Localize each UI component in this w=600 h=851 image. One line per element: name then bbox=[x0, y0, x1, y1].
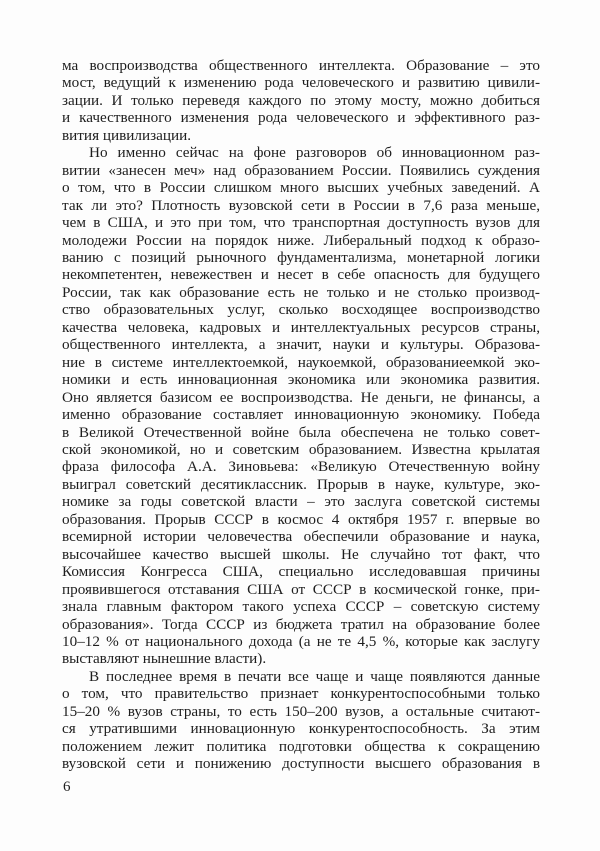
paragraph: ма воспроизводства общественного интелле… bbox=[62, 57, 540, 144]
text-line: образования. Прорыв СССР в космос 4 октя… bbox=[62, 511, 540, 528]
text-line: фраза философа А.А. Зиновьева: «Великую … bbox=[62, 458, 540, 475]
text-line: молодежи России на порядок ниже. Либерал… bbox=[62, 232, 540, 249]
paragraph: В последнее время в печати все чаще и ча… bbox=[62, 668, 540, 773]
paragraph: Но именно сейчас на фоне разговоров об и… bbox=[62, 144, 540, 668]
text-line: ство образовательных услуг, сколько восх… bbox=[62, 301, 540, 318]
text-line: чем в США, и это при том, что транспортн… bbox=[62, 214, 540, 231]
text-line: номике за годы советской власти – это за… bbox=[62, 493, 540, 510]
text-line: всемирной истории человечества обеспечил… bbox=[62, 528, 540, 545]
text-line: выставляют нынешние власти). bbox=[62, 650, 540, 667]
text-line: некомпетентен, невежествен и несет в себ… bbox=[62, 266, 540, 283]
text-line: ванию с позиций рыночного фундаментализм… bbox=[62, 249, 540, 266]
text-line: в Великой Отечественной войне была обесп… bbox=[62, 424, 540, 441]
text-line: именно образование составляет инновацион… bbox=[62, 406, 540, 423]
text-line: ской экономикой, но и советским образова… bbox=[62, 441, 540, 458]
text-line: знала главным фактором такого успеха ССС… bbox=[62, 598, 540, 615]
text-line: мост, ведущий к изменению рода человечес… bbox=[62, 74, 540, 91]
text-line: образования». Тогда СССР из бюджета трат… bbox=[62, 616, 540, 633]
text-line: В последнее время в печати все чаще и ча… bbox=[62, 668, 540, 685]
text-line: зации. И только переведя каждого по этом… bbox=[62, 92, 540, 109]
text-line: о том, что правительство признает конкур… bbox=[62, 685, 540, 702]
text-line: витии «занесен меч» над образованием Рос… bbox=[62, 162, 540, 179]
text-line: и качественного изменения рода человечес… bbox=[62, 109, 540, 126]
text-line: Комиссия Конгресса США, специально иссле… bbox=[62, 563, 540, 580]
text-line: о том, что в России слишком много высших… bbox=[62, 179, 540, 196]
text-line: Оно является базисом ее воспроизводства.… bbox=[62, 389, 540, 406]
text-line: России, так как образование есть не толь… bbox=[62, 284, 540, 301]
text-line: вузовской сети и понижению доступности в… bbox=[62, 755, 540, 772]
text-line: так ли это? Плотность вузовской сети в Р… bbox=[62, 197, 540, 214]
text-line: высочайшее качество высшей школы. Не слу… bbox=[62, 546, 540, 563]
text-line: ма воспроизводства общественного интелле… bbox=[62, 57, 540, 74]
text-line: ся утратившими инновационную конкурентос… bbox=[62, 720, 540, 737]
text-line: Но именно сейчас на фоне разговоров об и… bbox=[62, 144, 540, 161]
text-line: общественного интеллекта, а значит, наук… bbox=[62, 336, 540, 353]
text-line: ние в системе интеллектоемкой, наукоемко… bbox=[62, 354, 540, 371]
text-line: 10–12 % от национального дохода (а не те… bbox=[62, 633, 540, 650]
text-line: выиграл советский десятиклассник. Прорыв… bbox=[62, 476, 540, 493]
text-line: качества человека, кадровых и интеллекту… bbox=[62, 319, 540, 336]
text-line: положением лежит политика подготовки общ… bbox=[62, 738, 540, 755]
book-page: ма воспроизводства общественного интелле… bbox=[0, 0, 600, 851]
text-block: ма воспроизводства общественного интелле… bbox=[62, 57, 540, 773]
text-line: 15–20 % вузов страны, то есть 150–200 ву… bbox=[62, 703, 540, 720]
text-line: проявившегося отставания США от СССР в к… bbox=[62, 581, 540, 598]
page-number: 6 bbox=[63, 779, 71, 796]
text-line: вития цивилизации. bbox=[62, 127, 540, 144]
text-line: номики и есть инновационная экономика ил… bbox=[62, 371, 540, 388]
